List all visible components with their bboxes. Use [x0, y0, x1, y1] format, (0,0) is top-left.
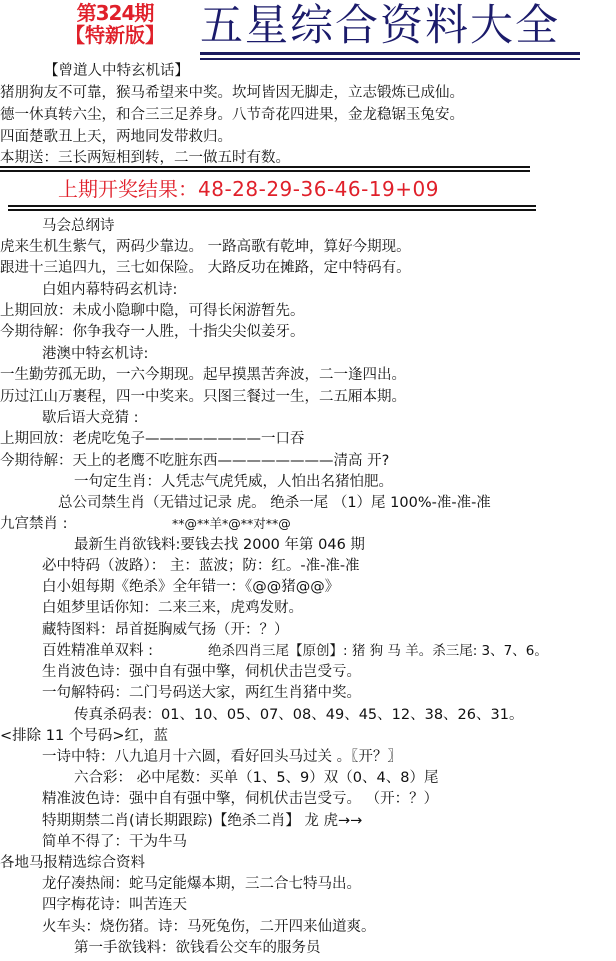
section-heading: 港澳中特玄机诗:: [42, 344, 148, 364]
text-line: 第一手欲钱料：欲钱看公交车的服务员: [74, 938, 321, 958]
section-heading-zeng: 【曾道人中特玄机话】: [44, 61, 189, 81]
text-line: 龙仔凑热闹：蛇马定能爆本期，三二合七特马出。: [42, 874, 361, 894]
poem-line: 本期送：三长两短相到转，二一做五时有数。: [0, 148, 290, 168]
text-line: 藏特图料：昂首挺胸威气扬（开：？）: [42, 620, 289, 640]
text-line: 一生勤劳孤无助，一六今期现。起早摸黑苦奔波，二一逢四出。: [0, 365, 406, 385]
text-line: 四字梅花诗：叫苦连天: [42, 895, 187, 915]
section-heading: 白姐内幕特码玄机诗:: [42, 280, 177, 300]
section-heading: 各地马报精选综合资料: [0, 853, 145, 873]
page-title: 五星综合资料大全: [200, 2, 560, 50]
text-line-label: 九宫禁肖 :: [0, 514, 68, 534]
text-line: 生肖波色诗：强中自有强中擎，伺机伏击岂受亏。: [42, 662, 361, 682]
text-line: 最新生肖欲钱料:要钱去找 2000 年第 046 期: [74, 535, 365, 555]
text-line-value: 绝杀四肖三尾【原创】: 猪 狗 马 羊。杀三尾: 3、7、6。: [208, 641, 548, 661]
text-line: 火车头：烧伤猪。诗：马死兔伤，二开四来仙道爽。: [42, 917, 376, 937]
text-line: 简单不得了：干为牛马: [42, 832, 187, 852]
text-line: 特期期禁二肖(请长期跟踪)【绝杀二肖】 龙 虎→→: [42, 811, 362, 831]
text-line: 跟进十三追四九，三七如保险。 大路反功在摊路，定中特码有。: [0, 258, 411, 278]
text-line: 一句定生肖：人凭志气虎凭威，人怕出名猪怕肥。: [74, 472, 393, 492]
text-line: 今期待解：你争我夺一人胜，十指尖尖似姜牙。: [0, 322, 305, 342]
text-line: 必中特码（波路）： 主：蓝波；防：红。-准-准-准: [42, 556, 360, 576]
text-line: <排除 11 个号码>红，蓝: [0, 726, 168, 746]
issue-badge: 第324期 【特新版】: [60, 2, 170, 46]
last-result-label: 上期开奖结果：: [58, 177, 198, 201]
text-line-label: 百姓精准单双料 :: [42, 641, 153, 661]
section-heading: 歇后语大竞猜 :: [42, 408, 139, 428]
text-line: 六合彩： 必中尾数：买单（1、5、9）双（0、4、8）尾: [74, 768, 438, 788]
text-line: 历过江山万裹程，四一中奖来。只图三餐过一生，二五厢本期。: [0, 387, 406, 407]
text-line: 上期回放：未成小隐聊中隐，可得长闲游暂先。: [0, 301, 305, 321]
text-line: 精准波色诗：强中自有强中擎，伺机伏击岂受亏。 （开：？）: [42, 789, 438, 809]
text-line: 总公司禁生肖（无错过记录 虎。 绝杀一尾 （1）尾 100%-准-准-准: [58, 493, 491, 513]
text-line: 白小姐每期《绝杀》全年错一：《@@猪@@》: [42, 577, 339, 597]
text-line: 一诗中特：八九追月十六圆，看好回头马过关 。〖开？〗: [42, 747, 402, 767]
poem-line: 猪朋狗友不可靠，猴马希望来中奖。坎坷皆因无脚走，立志锻炼已成仙。: [0, 83, 464, 103]
text-line: 今期待解：天上的老鹰不吃脏东西————————清高 开?: [0, 451, 389, 471]
issue-number: 第324期: [60, 2, 170, 24]
text-line-value: **@**羊*@**对**@: [172, 514, 291, 534]
divider-bottom: [8, 205, 536, 211]
text-line: 传真杀码表：01、10、05、07、08、49、45、12、38、26、31。: [74, 705, 523, 725]
poem-line: 德一休真转六尘，和合三三足养身。八节奇花四进果，金龙稳锯玉兔安。: [0, 105, 464, 125]
page-header: 第324期 【特新版】 五星综合资料大全: [0, 0, 616, 58]
title-underline-thick: [200, 52, 580, 55]
section-heading: 马会总纲诗: [42, 216, 115, 236]
last-result-banner: 上期开奖结果：48-28-29-36-46-19+09: [58, 176, 439, 202]
text-line: 上期回放：老虎吃兔子————————一口吞: [0, 429, 305, 449]
title-underline-thin: [200, 58, 580, 60]
last-result-numbers: 48-28-29-36-46-19+09: [198, 177, 439, 201]
text-line: 一句解特码：二门号码送大家，两红生肖猪中奖。: [42, 683, 361, 703]
divider-top: [0, 166, 530, 172]
text-line: 虎来生机生紫气，两码少靠边。 一路高歌有乾坤，算好今期现。: [0, 237, 411, 257]
poem-line: 四面楚歌丑上天，两地同发带救归。: [0, 127, 232, 147]
text-line: 白姐梦里话你知：二来三来，虎鸡发财。: [42, 598, 303, 618]
edition-label: 【特新版】: [60, 24, 170, 46]
